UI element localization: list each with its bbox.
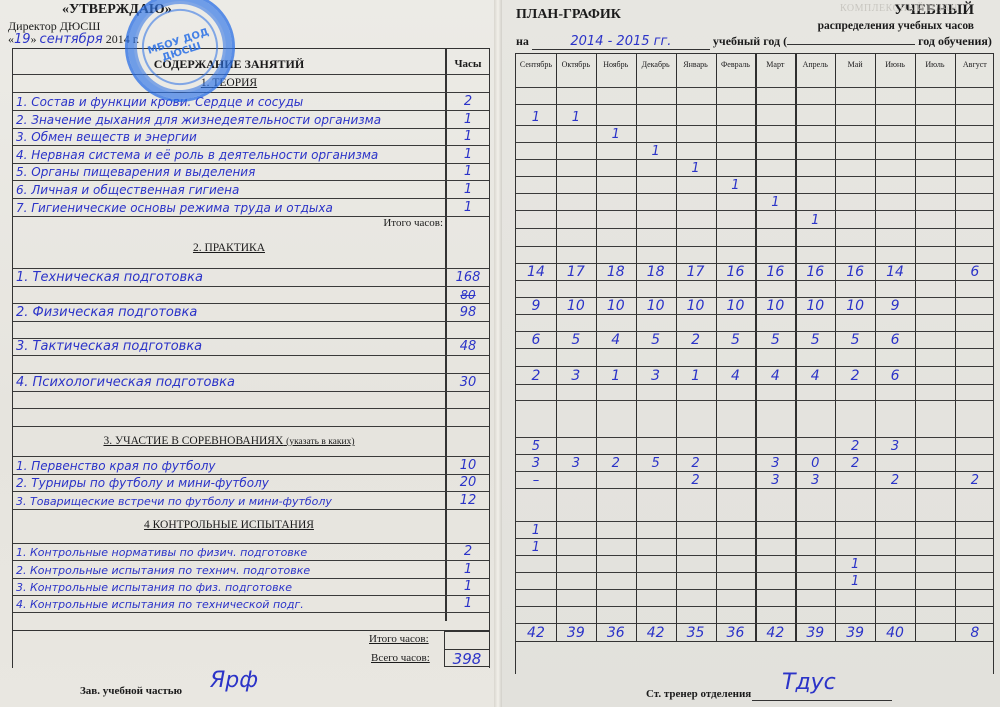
month-header-9: Июнь (875, 60, 915, 69)
row-text: 3. Контрольные испытания по физ. подгото… (16, 581, 292, 594)
academic-year-value: 2014 - 2015 гг. (532, 34, 710, 50)
schedule-cell: 10 (755, 298, 795, 314)
schedule-cell: 3 (755, 456, 795, 471)
schedule-cell: 2 (676, 456, 716, 471)
schedule-cell: 5 (755, 332, 795, 348)
schedule-cell: 5 (795, 332, 835, 348)
grid-row-theory-4: 1 (516, 160, 993, 177)
row-hours: 1 (447, 562, 489, 577)
schedule-cell: 35 (676, 625, 716, 641)
schedule-cell: 3 (755, 473, 795, 488)
grid-row-competition-2: 33252302 (516, 455, 993, 472)
schedule-cell: 1 (795, 213, 835, 228)
header-content: СОДЕРЖАНИЕ ЗАНЯТИЙ (13, 57, 445, 72)
schedule-cell: 10 (556, 298, 596, 314)
schedule-cell: 10 (676, 298, 716, 314)
table-row: 1. Первенство края по футболу10 (13, 457, 489, 475)
schedule-cell: 16 (755, 264, 795, 280)
year-mid-label: учебный год ( (713, 34, 787, 48)
head-of-studies-signature: Ярф (210, 668, 258, 693)
schedule-cell: 6 (516, 332, 556, 348)
table-row-blank (13, 356, 489, 374)
grid-row-competition-1: 523 (516, 438, 993, 455)
grid-row-blank (516, 607, 993, 624)
schedule-cell: 16 (795, 264, 835, 280)
schedule-cell: 2 (835, 456, 875, 471)
study-year-value (787, 44, 915, 45)
year-suffix: год обучения) (918, 34, 992, 48)
total-hours-label: Итого часов: (369, 633, 429, 645)
schedule-cell: 5 (556, 332, 596, 348)
row-text: 4. Контрольные испытания по технической … (16, 598, 304, 611)
row-hours: 20 (447, 475, 489, 490)
row-text: 2. Значение дыхания для жизнедеятельност… (16, 113, 381, 127)
month-header-3: Декабрь (636, 60, 676, 69)
schedule-cell: 39 (556, 625, 596, 641)
grid-row-theory-2: 1 (516, 126, 993, 143)
table-row: 1. Состав и функции крови. Сердце и сосу… (13, 93, 489, 111)
date-quote-close: » (31, 32, 37, 46)
row-text: 3. Обмен веществ и энергии (16, 130, 197, 144)
row-text: 4. Нервная система и её роль в деятельно… (16, 148, 378, 162)
schedule-cell: 1 (556, 110, 596, 125)
total-hours-box (444, 631, 490, 649)
schedule-cell: 6 (875, 368, 915, 384)
academic-year-line: на 2014 - 2015 гг. учебный год ( год обу… (516, 34, 992, 50)
section-practice-header: 2. ПРАКТИКА (13, 217, 489, 269)
schedule-cell: 3 (556, 456, 596, 471)
schedule-cell: 6 (955, 264, 995, 280)
schedule-cell: 2 (875, 473, 915, 488)
schedule-cell: 2 (835, 368, 875, 384)
schedule-cell: 1 (835, 574, 875, 589)
schedule-cell: 18 (596, 264, 636, 280)
grid-row-blank (516, 281, 993, 298)
table-row: 2. Физическая подготовка98 (13, 304, 489, 322)
approval-date: «19» сентября 2014 г. (8, 32, 139, 47)
grid-row-theory-1: 11 (516, 105, 993, 126)
grid-row-practice-physical: 910101010101010109 (516, 298, 993, 315)
row-text: 2. Физическая подготовка (16, 305, 197, 320)
schedule-cell: 2 (955, 473, 995, 488)
grid-row-competition-3: –23322 (516, 472, 993, 489)
table-row: 2. Контрольные испытания по технич. подг… (13, 561, 489, 579)
schedule-cell: 17 (556, 264, 596, 280)
grid-row-theory-5: 1 (516, 177, 993, 194)
grid-row-totals: 423936423536423939408 (516, 624, 993, 642)
row-text: 7. Гигиенические основы режима труда и о… (16, 201, 333, 215)
row-hours: 1 (447, 147, 489, 162)
row-hours: 1 (447, 579, 489, 594)
schedule-cell: 0 (795, 456, 835, 471)
table-row-blank (13, 613, 489, 631)
grid-row-blank (516, 385, 993, 401)
row-hours: 1 (447, 200, 489, 215)
schedule-cell: 1 (596, 368, 636, 384)
schedule-cell: 4 (755, 368, 795, 384)
table-row: 4. Нервная система и её роль в деятельно… (13, 146, 489, 164)
schedule-cell: 10 (596, 298, 636, 314)
schedule-cell: 1 (516, 523, 556, 538)
row-hours: 12 (447, 493, 489, 508)
table-row-blank (13, 409, 489, 427)
section-title: 4 КОНТРОЛЬНЫЕ ИСПЫТАНИЯ (13, 519, 445, 531)
year-prefix: на (516, 34, 529, 48)
schedule-cell: 10 (716, 298, 756, 314)
grid-row-control-3: 1 (516, 556, 993, 573)
schedule-cell: 1 (835, 557, 875, 572)
hours-distribution-table: СОДЕРЖАНИЕ ЗАНЯТИЙ Часы 1. ТЕОРИЯ 1. Сос… (12, 48, 490, 668)
section-control-tests-header: 4 КОНТРОЛЬНЫЕ ИСПЫТАНИЯ (13, 510, 489, 544)
row-text: 1. Контрольные нормативы по физич. подго… (16, 546, 307, 559)
row-hours: 48 (447, 339, 489, 354)
schedule-cell: 5 (636, 332, 676, 348)
schedule-cell: 36 (596, 625, 636, 641)
schedule-cell: 14 (875, 264, 915, 280)
schedule-cell: 3 (636, 368, 676, 384)
schedule-cell: 6 (875, 332, 915, 348)
section-title-text: 3. УЧАСТИЕ В СОРЕВНОВАНИЯХ (103, 435, 283, 447)
grid-row-theory-7: 1 (516, 211, 993, 229)
schedule-cell: 1 (636, 144, 676, 159)
table-row: 6. Личная и общественная гигиена1 (13, 181, 489, 199)
month-header-1: Октябрь (556, 60, 596, 69)
table-row-blank (13, 322, 489, 339)
table-row: 2. Значение дыхания для жизнедеятельност… (13, 111, 489, 129)
row-hours: 168 (447, 270, 489, 285)
schedule-cell: 2 (676, 473, 716, 488)
row-hours: 30 (447, 375, 489, 390)
schedule-cell: 4 (795, 368, 835, 384)
monthly-schedule-grid: СентябрьОктябрьНоябрьДекабрьЯнварьФеврал… (515, 53, 994, 674)
table-row: 7. Гигиенические основы режима труда и о… (13, 199, 489, 217)
schedule-cell: 42 (755, 625, 795, 641)
faint-bleedthrough-header: КОМПЛЕКСНЫЙ ПЛАН (840, 3, 958, 14)
row-hours: 1 (447, 596, 489, 611)
schedule-cell: 5 (516, 439, 556, 454)
grid-row-practice-psychological: 2313144426 (516, 367, 993, 385)
section-title-note: (указать в каких) (286, 437, 354, 447)
row-text: 3. Товарищеские встречи по футболу и мин… (16, 495, 332, 508)
row-text: 4. Психологическая подготовка (16, 375, 235, 390)
schedule-cell: 3 (516, 456, 556, 471)
schedule-cell: 4 (716, 368, 756, 384)
schedule-cell: 3 (556, 368, 596, 384)
month-header-row: СентябрьОктябрьНоябрьДекабрьЯнварьФеврал… (516, 54, 993, 88)
schedule-cell: 1 (516, 540, 556, 555)
row-text: 1. Техническая подготовка (16, 270, 203, 285)
row-text: 3. Тактическая подготовка (16, 339, 202, 354)
table-header-row: СОДЕРЖАНИЕ ЗАНЯТИЙ Часы (13, 49, 489, 75)
schedule-cell: 17 (676, 264, 716, 280)
schedule-cell: – (516, 473, 556, 488)
schedule-cell: 3 (875, 439, 915, 454)
schedule-cell: 5 (835, 332, 875, 348)
row-hours: 2 (447, 544, 489, 559)
page-gutter (494, 0, 502, 707)
schedule-cell: 36 (716, 625, 756, 641)
schedule-cell: 3 (795, 473, 835, 488)
schedule-cell: 9 (875, 298, 915, 314)
row-hours: 1 (447, 112, 489, 127)
senior-coach-signature-line (752, 700, 892, 701)
schedule-cell: 2 (516, 368, 556, 384)
section-title: 3. УЧАСТИЕ В СОРЕВНОВАНИЯХ (указать в ка… (13, 435, 445, 447)
month-header-2: Ноябрь (596, 60, 636, 69)
month-header-0: Сентябрь (516, 60, 556, 69)
row-hours: 1 (447, 164, 489, 179)
month-header-8: Май (835, 60, 875, 69)
schedule-cell: 4 (596, 332, 636, 348)
month-header-5: Февраль (716, 60, 756, 69)
grid-row-blank (516, 88, 993, 105)
table-row-blank (13, 392, 489, 409)
schedule-cell: 2 (835, 439, 875, 454)
month-header-10: Июль (915, 60, 955, 69)
schedule-cell: 5 (636, 456, 676, 471)
row-text: 1. Состав и функции крови. Сердце и сосу… (16, 95, 303, 109)
grid-row-blank (516, 590, 993, 607)
grid-row-blank (516, 247, 993, 264)
row-hours: 10 (447, 458, 489, 473)
schedule-cell: 9 (516, 298, 556, 314)
schedule-cell: 1 (716, 178, 756, 193)
section-title: 1. ТЕОРИЯ (13, 77, 445, 89)
grid-row-control-1: 1 (516, 522, 993, 539)
schedule-cell: 42 (636, 625, 676, 641)
grid-row-blank (516, 401, 993, 438)
row-hours: 1 (447, 182, 489, 197)
row-text: 6. Личная и общественная гигиена (16, 183, 239, 197)
table-row: 5. Органы пищеварения и выделения1 (13, 164, 489, 181)
grid-row-control-2: 1 (516, 539, 993, 556)
schedule-cell: 1 (596, 127, 636, 142)
row-hours: 2 (447, 94, 489, 109)
approval-title: «УТВЕРЖДАЮ» (62, 2, 172, 18)
schedule-cell: 39 (795, 625, 835, 641)
row-hours-struck: 80 (447, 288, 489, 302)
table-row: 4. Психологическая подготовка30 (13, 374, 489, 392)
schedule-cell: 2 (596, 456, 636, 471)
schedule-cell: 16 (716, 264, 756, 280)
senior-coach-signature: Тдус (782, 670, 836, 695)
table-row: 1. Контрольные нормативы по физич. подго… (13, 544, 489, 561)
grid-row-blank (516, 229, 993, 247)
schedule-cell: 16 (835, 264, 875, 280)
schedule-cell: 1 (676, 368, 716, 384)
grid-row-blank (516, 315, 993, 332)
schedule-cell: 42 (516, 625, 556, 641)
table-row: 1. Техническая подготовка168 (13, 269, 489, 287)
schedule-cell: 1 (516, 110, 556, 125)
schedule-cell: 40 (875, 625, 915, 641)
grid-row-practice-technical: 141718181716161616146 (516, 264, 993, 281)
schedule-cell: 10 (795, 298, 835, 314)
grand-total-value: 398 (444, 649, 490, 667)
date-day: 19 (14, 32, 31, 47)
schedule-cell: 10 (835, 298, 875, 314)
grid-row-blank (516, 489, 993, 522)
table-row: 3. Обмен веществ и энергии1 (13, 129, 489, 146)
table-row: 2. Турниры по футболу и мини-футболу20 (13, 475, 489, 492)
row-text: 2. Контрольные испытания по технич. подг… (16, 564, 310, 577)
schedule-cell: 14 (516, 264, 556, 280)
table-row: 3. Тактическая подготовка48 (13, 339, 489, 356)
grid-row-blank (516, 349, 993, 367)
schedule-cell: 10 (636, 298, 676, 314)
section-theory-header: 1. ТЕОРИЯ (13, 75, 489, 93)
grid-row-control-4: 1 (516, 573, 993, 590)
section-competitions-header: 3. УЧАСТИЕ В СОРЕВНОВАНИЯХ (указать в ка… (13, 427, 489, 457)
plan-schedule-title: ПЛАН-ГРАФИК (516, 7, 621, 23)
senior-coach-label: Ст. тренер отделения (646, 688, 751, 700)
month-header-4: Январь (676, 60, 716, 69)
table-row-continuation: 80 (13, 287, 489, 304)
row-text: 5. Органы пищеварения и выделения (16, 165, 255, 179)
schedule-cell: 1 (755, 195, 795, 210)
schedule-cell: 39 (835, 625, 875, 641)
grid-row-theory-6: 1 (516, 194, 993, 211)
schedule-cell: 1 (676, 161, 716, 176)
section-title: 2. ПРАКТИКА (13, 242, 445, 254)
month-header-11: Август (955, 60, 995, 69)
date-month: сентября (40, 32, 103, 47)
row-text: 1. Первенство края по футболу (16, 459, 216, 473)
header-hours: Часы (447, 58, 489, 70)
schedule-cell: 18 (636, 264, 676, 280)
grand-total-label: Всего часов: (371, 652, 430, 664)
date-year: 2014 г. (106, 32, 140, 46)
table-row: 3. Контрольные испытания по физ. подгото… (13, 579, 489, 596)
month-header-6: Март (755, 60, 795, 69)
schedule-cell: 8 (955, 625, 995, 641)
month-header-7: Апрель (795, 60, 835, 69)
document-subtitle: распределения учебных часов (724, 20, 974, 32)
row-hours: 98 (447, 305, 489, 320)
row-hours: 1 (447, 129, 489, 144)
table-row: 4. Контрольные испытания по технической … (13, 596, 489, 613)
table-row: 3. Товарищеские встречи по футболу и мин… (13, 492, 489, 510)
grid-row-practice-tactical: 6545255556 (516, 332, 993, 349)
schedule-cell: 2 (676, 332, 716, 348)
grid-row-theory-3: 1 (516, 143, 993, 160)
head-of-studies-label: Зав. учебной частью (80, 685, 182, 697)
row-text: 2. Турниры по футболу и мини-футболу (16, 476, 269, 490)
schedule-cell: 5 (716, 332, 756, 348)
